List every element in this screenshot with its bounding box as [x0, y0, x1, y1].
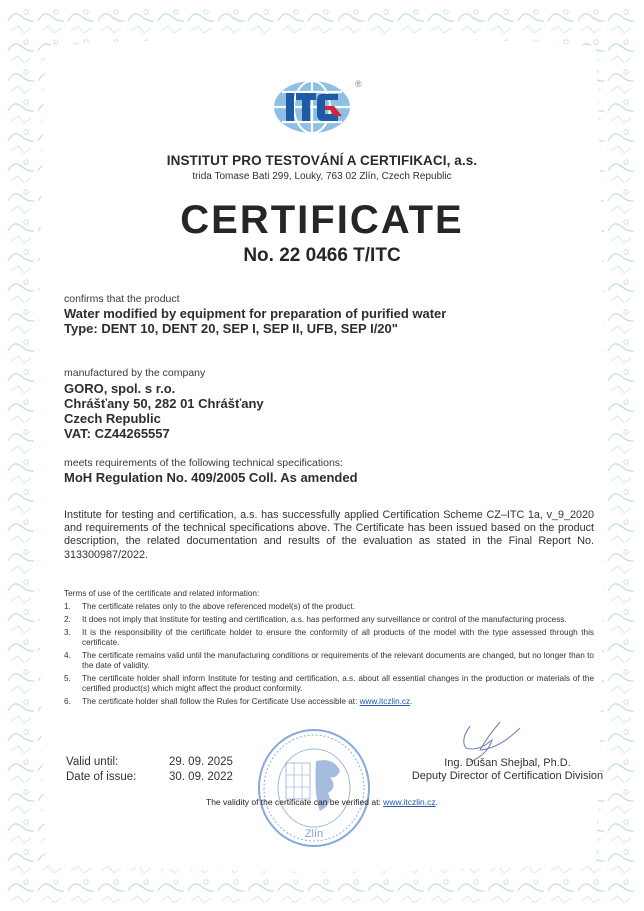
- terms-list: 1.The certificate relates only to the ab…: [64, 602, 594, 707]
- terms-item: 3.It is the responsibility of the certif…: [64, 628, 594, 648]
- terms-item: 6.The certificate holder shall follow th…: [64, 697, 594, 707]
- date-of-issue-label: Date of issue:: [66, 771, 136, 783]
- manufacturer-intro: manufactured by the company: [64, 367, 205, 379]
- institute-name: INSTITUT PRO TESTOVÁNÍ A CERTIFIKACI, a.…: [0, 153, 644, 168]
- verification-note: The validity of the certificate can be v…: [0, 797, 644, 807]
- product-name: Water modified by equipment for preparat…: [64, 306, 446, 321]
- manufacturer-country: Czech Republic: [64, 411, 161, 426]
- signatory-role: Deputy Director of Certification Divisio…: [395, 770, 620, 782]
- registered-trademark: ®: [355, 79, 362, 89]
- certificate-page: ® INSTITUT PRO TESTOVÁNÍ A CERTIFIKACI, …: [0, 0, 644, 911]
- official-seal: Zlín: [256, 727, 372, 849]
- terms-of-use: Terms of use of the certificate and rela…: [64, 589, 594, 710]
- terms-title: Terms of use of the certificate and rela…: [64, 589, 594, 599]
- date-of-issue: 30. 09. 2022: [169, 771, 233, 783]
- product-type: Type: DENT 10, DENT 20, SEP I, SEP II, U…: [64, 321, 398, 336]
- valid-until-date: 29. 09. 2025: [169, 756, 233, 768]
- specifications-intro: meets requirements of the following tech…: [64, 457, 343, 469]
- seal-city: Zlín: [305, 828, 323, 840]
- product-intro: confirms that the product: [64, 293, 180, 305]
- certificate-title: CERTIFICATE: [0, 198, 644, 243]
- terms-item: 1.The certificate relates only to the ab…: [64, 602, 594, 612]
- specifications-regulation: MoH Regulation No. 409/2005 Coll. As ame…: [64, 470, 358, 485]
- institute-address: trida Tomase Bati 299, Louky, 763 02 Zlí…: [0, 171, 644, 182]
- signatory-name: Ing. Dušan Shejbal, Ph.D.: [395, 757, 620, 769]
- manufacturer-vat: VAT: CZ44265557: [64, 426, 170, 441]
- terms-item: 4.The certificate remains valid until th…: [64, 651, 594, 671]
- certificate-number: No. 22 0466 T/ITC: [0, 245, 644, 267]
- manufacturer-name: GORO, spol. s r.o.: [64, 381, 175, 396]
- itc-logo: [272, 80, 352, 135]
- rules-link[interactable]: www.itczlin.cz: [360, 697, 411, 706]
- manufacturer-address: Chrášťany 50, 282 01 Chrášťany: [64, 396, 264, 411]
- valid-until-label: Valid until:: [66, 756, 118, 768]
- terms-item: 5.The certificate holder shall inform In…: [64, 674, 594, 694]
- verification-link[interactable]: www.itczlin.cz: [383, 797, 435, 807]
- terms-item: 2.It does not imply that Institute for t…: [64, 615, 594, 625]
- certification-statement: Institute for testing and certification,…: [64, 509, 594, 562]
